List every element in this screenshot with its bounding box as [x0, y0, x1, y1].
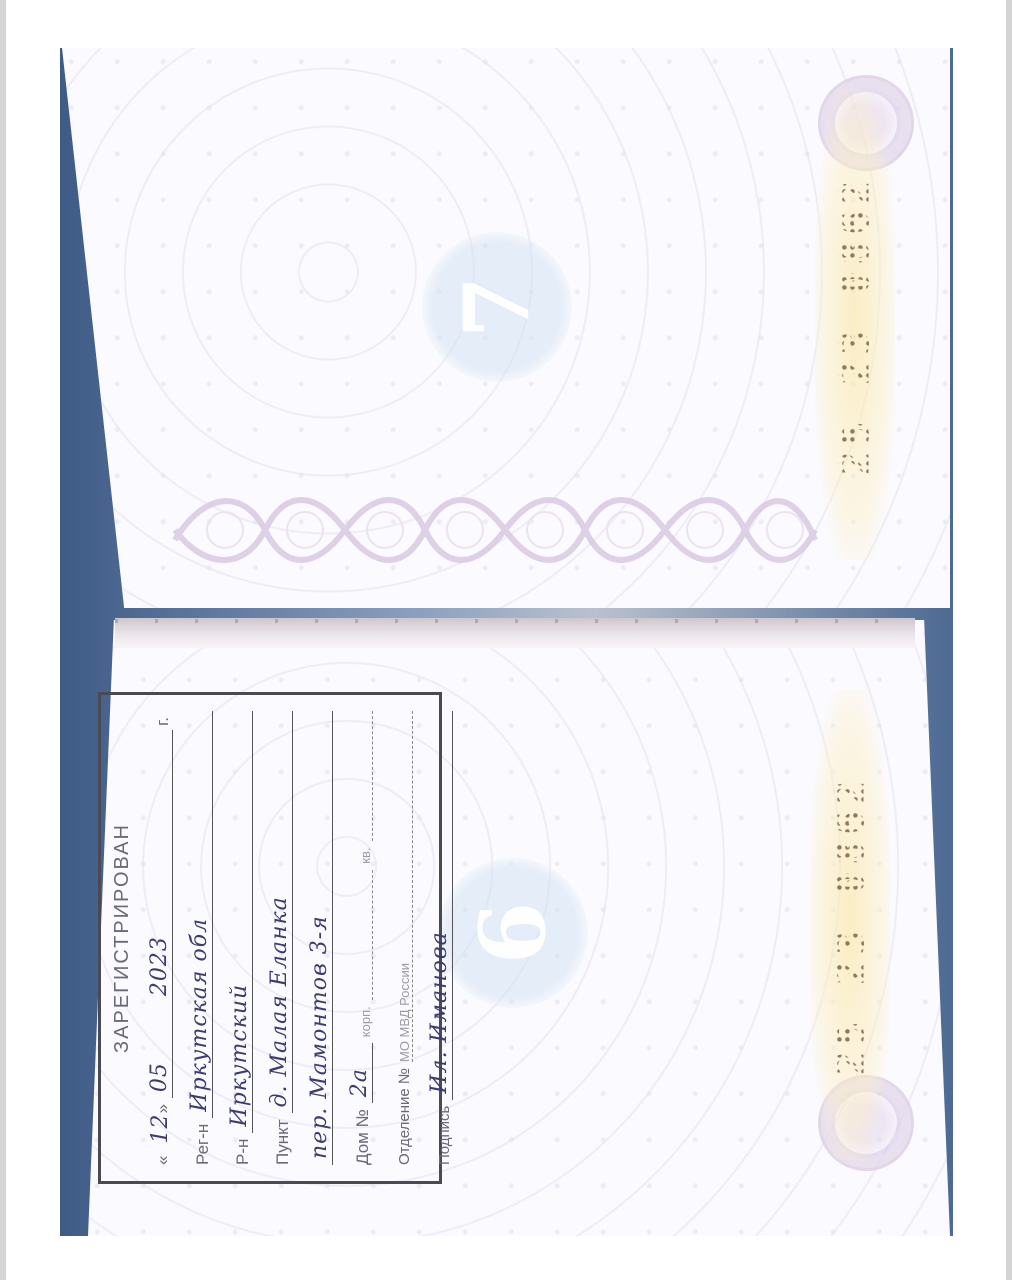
signature-label: Подпись	[436, 1106, 453, 1165]
building-label: корп.	[358, 1006, 373, 1037]
stamp-office-row: Отделение № МО МВД России	[373, 711, 413, 1165]
date-month: 05	[147, 1062, 172, 1098]
date-close-quote: »	[153, 1104, 173, 1113]
signature-value: Ил. Иманова	[427, 931, 452, 1099]
house-value: 2а	[347, 1068, 372, 1103]
serial-number-top: 25 23 0862	[815, 90, 895, 560]
house-label: Дом №	[353, 1109, 373, 1165]
serial-number-top-text: 25 23 0862	[832, 175, 878, 476]
registration-stamp-area: ЗАРЕГИСТРИРОВАН « 12 » 05 2023 г. Рег-н …	[90, 688, 450, 1188]
office-line: МО МВД России	[388, 711, 413, 1062]
serial-number-bottom: 25 23 0862	[810, 690, 890, 1160]
region-value: Иркутская обл	[187, 918, 212, 1118]
stamp-street-row: пер. Мамонтов 3-я	[293, 711, 333, 1165]
locality-line: д. Малая Еланка	[262, 711, 293, 1113]
page-number-watermark-bottom: 6	[438, 858, 588, 1008]
apartment-label: кв.	[358, 848, 373, 864]
date-line: 05 2023	[142, 730, 173, 1098]
stamp-locality-row: Пункт д. Малая Еланка	[253, 711, 293, 1165]
binding-stitches	[115, 619, 915, 623]
date-year: 2023	[147, 936, 172, 1002]
window-frame-right	[1006, 0, 1012, 1280]
date-day: 12	[148, 1114, 173, 1150]
signature-line: Ил. Иманова	[422, 711, 453, 1100]
stamp-house-row: Дом № 2а корп. кв.	[333, 711, 373, 1165]
locality-label: Пункт	[273, 1119, 293, 1165]
registration-stamp: ЗАРЕГИСТРИРОВАН « 12 » 05 2023 г. Рег-н …	[98, 692, 442, 1184]
house-line: 2а	[342, 1043, 373, 1103]
district-line: Иркутский	[222, 711, 253, 1133]
apartment-line	[348, 711, 373, 842]
ornament-border	[165, 480, 825, 580]
region-line: Иркутская обл	[182, 711, 213, 1118]
stamp-title: ЗАРЕГИСТРИРОВАН	[111, 711, 133, 1165]
date-open-quote: «	[153, 1156, 173, 1165]
street-line: пер. Мамонтов 3-я	[302, 711, 333, 1165]
stamp-district-row: Р-н Иркутский	[213, 711, 253, 1165]
building-line	[348, 870, 373, 1001]
serial-number-bottom-text: 25 23 0862	[827, 775, 873, 1076]
window-frame-left	[0, 0, 6, 1280]
region-label: Рег-н	[193, 1124, 213, 1165]
office-label: Отделение №	[396, 1068, 413, 1165]
locality-value: д. Малая Еланка	[267, 896, 292, 1113]
ornament-scroll-icon	[165, 480, 825, 580]
street-value: пер. Мамонтов 3-я	[307, 915, 332, 1165]
page-number-watermark-top: 7	[422, 232, 572, 382]
district-value: Иркутский	[227, 984, 252, 1133]
office-faint-text: МО МВД России	[397, 963, 412, 1062]
stamp-signature-row: Подпись Ил. Иманова	[413, 711, 453, 1165]
district-label: Р-н	[233, 1139, 253, 1165]
date-suffix: г.	[153, 717, 173, 726]
stamp-region-row: Рег-н Иркутская обл	[173, 711, 213, 1165]
stamp-date-row: « 12 » 05 2023 г.	[133, 711, 173, 1165]
